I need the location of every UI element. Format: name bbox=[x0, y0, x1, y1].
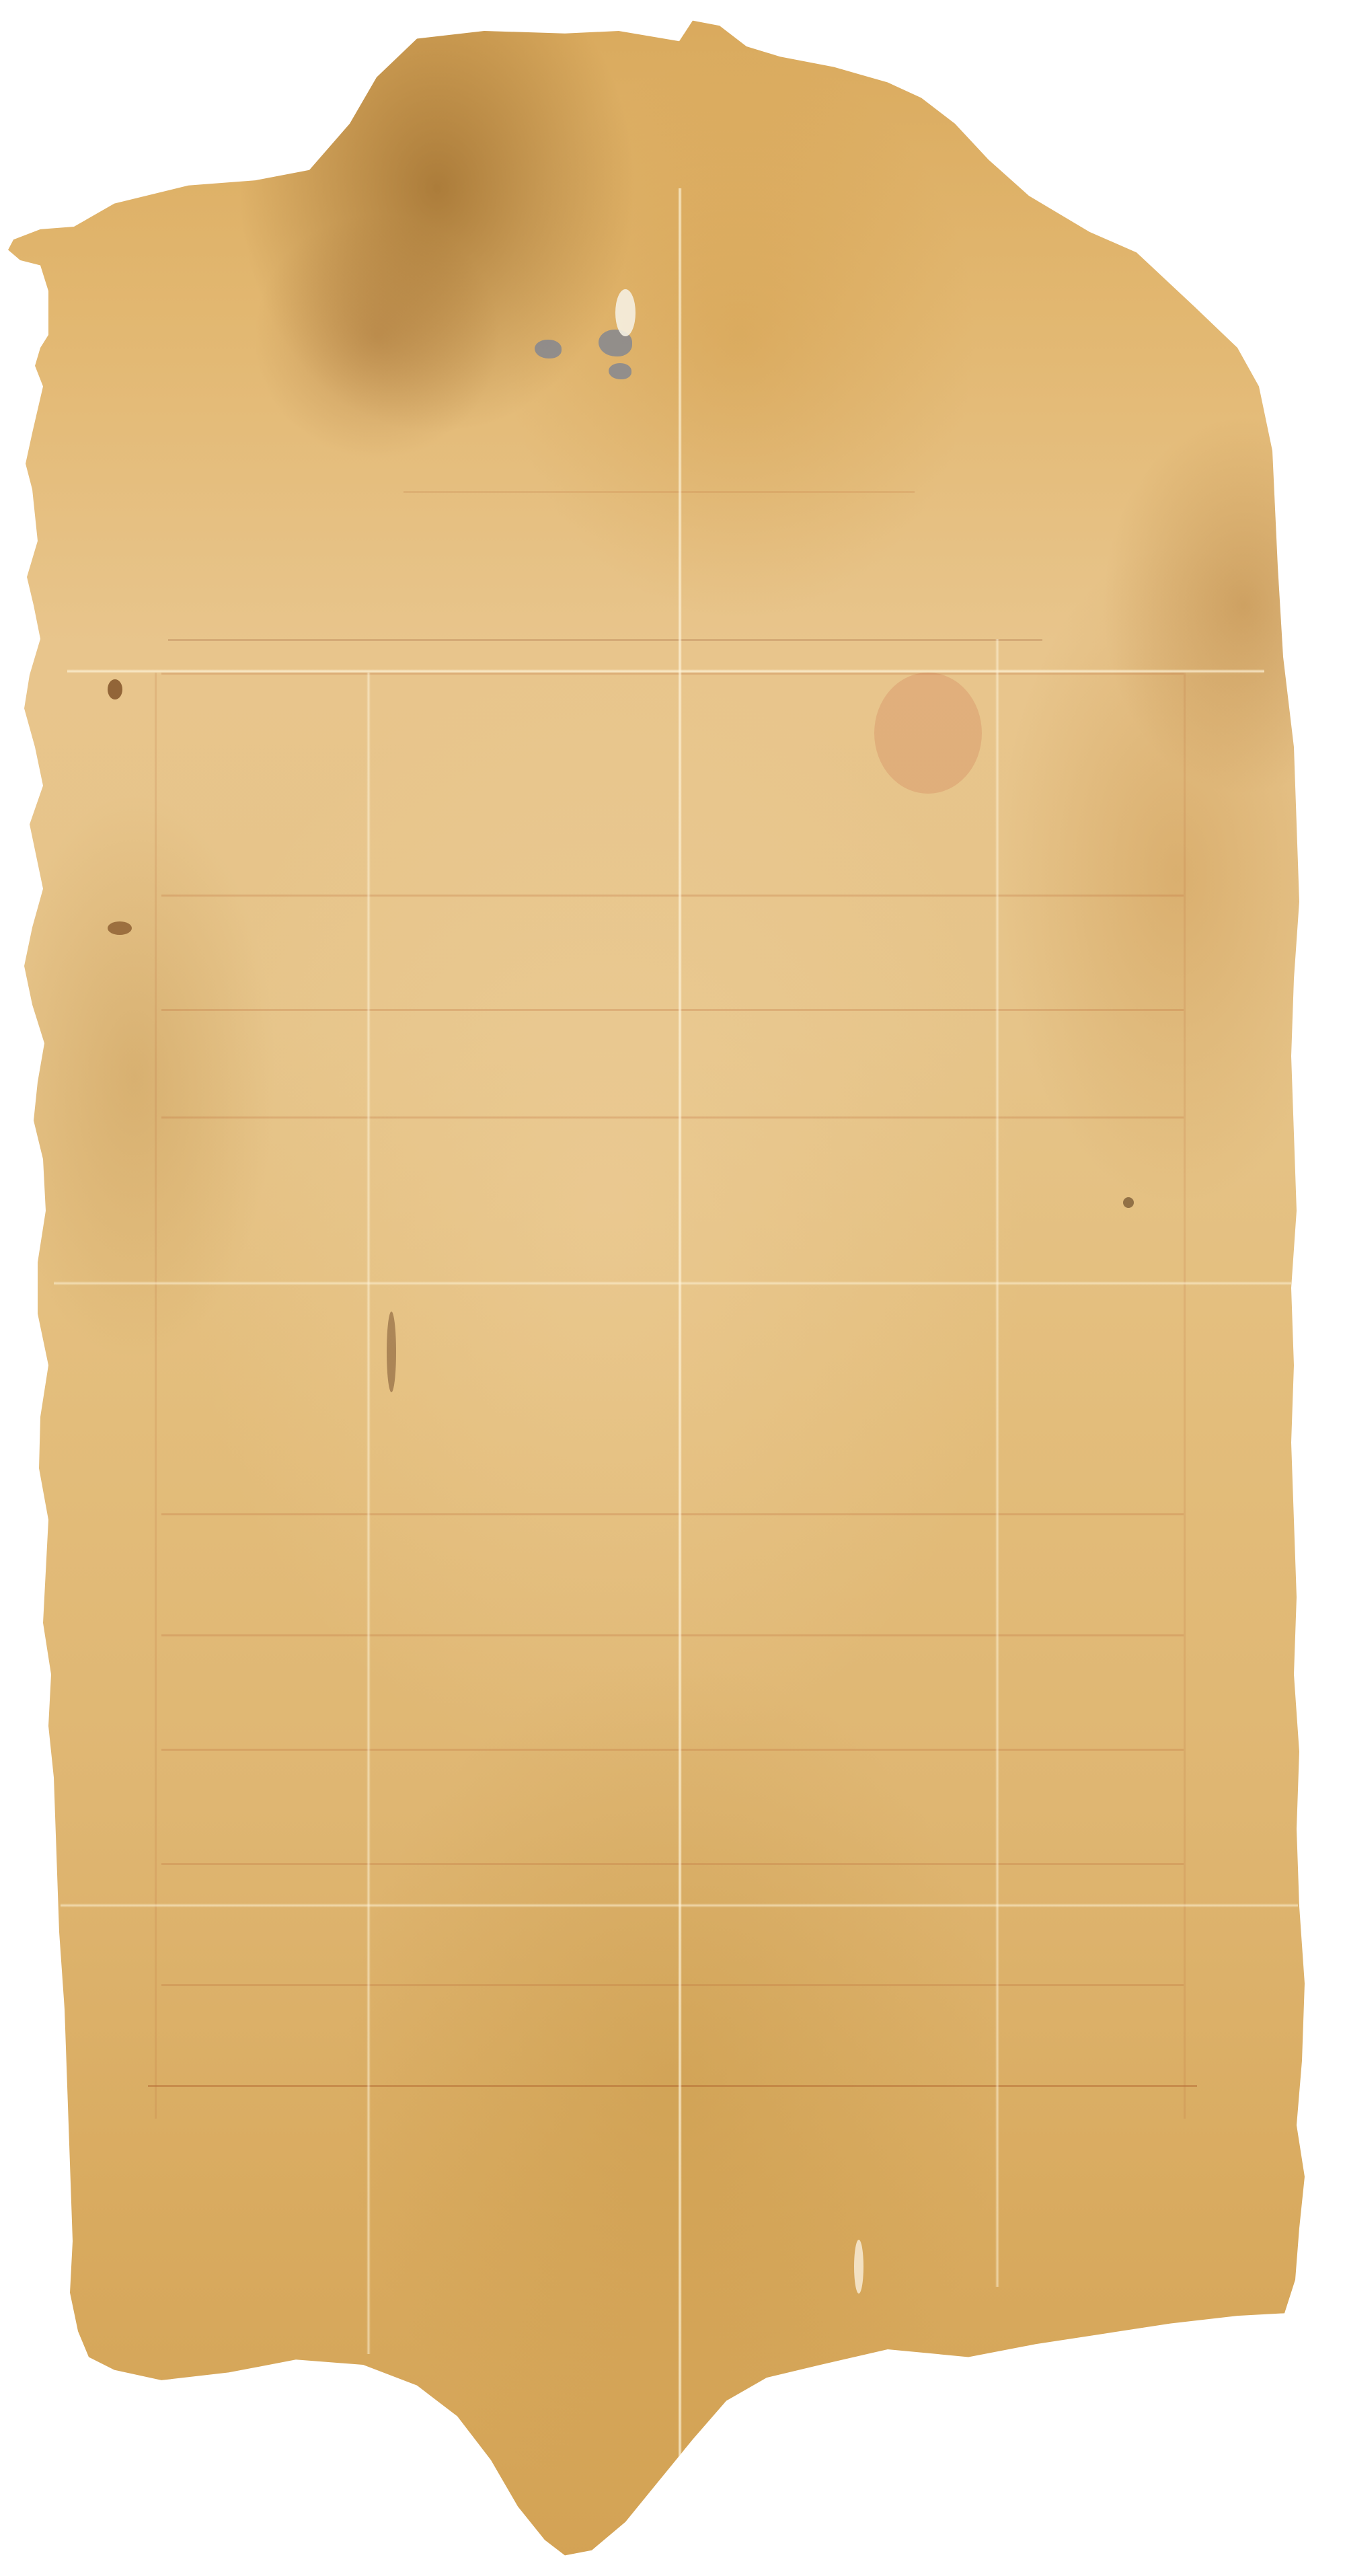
parchment-sheet bbox=[0, 0, 1345, 2576]
abrasion bbox=[854, 2240, 863, 2294]
fold-crease-vertical bbox=[367, 673, 371, 2354]
ruled-line bbox=[161, 673, 1184, 675]
ink-spot bbox=[387, 1312, 396, 1392]
seal-remnant bbox=[599, 330, 632, 356]
ink-spot bbox=[108, 679, 122, 699]
ruled-margin bbox=[155, 673, 157, 2119]
ruled-line bbox=[161, 1863, 1184, 1865]
ruled-line bbox=[161, 1116, 1184, 1119]
ruled-line bbox=[161, 1984, 1184, 1986]
ruled-line bbox=[161, 1634, 1184, 1636]
seal-remnant bbox=[535, 340, 562, 358]
ink-spot bbox=[1123, 1197, 1134, 1208]
ruled-margin bbox=[1184, 673, 1186, 2119]
water-stain bbox=[874, 673, 982, 794]
fold-crease-horizontal bbox=[67, 669, 1264, 673]
ruled-line bbox=[161, 895, 1184, 897]
ruled-line bbox=[168, 639, 1042, 641]
ruled-line bbox=[403, 491, 915, 493]
ruled-line bbox=[161, 1009, 1184, 1011]
fold-crease-vertical bbox=[678, 188, 682, 2542]
ruled-line bbox=[161, 1749, 1184, 1751]
ruled-line bbox=[161, 1513, 1184, 1515]
fold-crease-vertical bbox=[995, 639, 999, 2287]
photo-stage bbox=[0, 0, 1345, 2576]
ruled-line bbox=[148, 2085, 1197, 2087]
fold-crease-horizontal bbox=[61, 1903, 1298, 1907]
fold-crease-horizontal bbox=[54, 1281, 1291, 1285]
ink-spot bbox=[108, 921, 132, 935]
seal-remnant bbox=[609, 363, 631, 379]
